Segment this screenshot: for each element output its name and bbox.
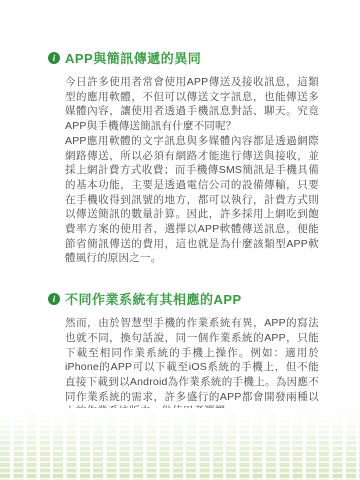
section-heading: i 不同作業系統有其相應的APP <box>48 289 320 308</box>
body-paragraph: APP應用軟體的文字訊息與多媒體內容都是透過網際網路傳送，所以必須有網路才能進行… <box>65 134 319 266</box>
page-content: i APP與簡訊傳遞的異同 今日許多使用者常會使用APP傳送及接收訊息，這類型的… <box>48 48 320 419</box>
section-body: 今日許多使用者常會使用APP傳送及接收訊息，這類型的應用軟體，不但可以傳送文字訊… <box>65 75 319 266</box>
book-page: i APP與簡訊傳遞的異同 今日許多使用者常會使用APP傳送及接收訊息，這類型的… <box>0 0 360 480</box>
section-bullet-icon: i <box>48 293 60 305</box>
section-heading: i APP與簡訊傳遞的異同 <box>48 48 320 67</box>
section-app-vs-sms: i APP與簡訊傳遞的異同 今日許多使用者常會使用APP傳送及接收訊息，這類型的… <box>48 48 320 266</box>
section-title: APP與簡訊傳遞的異同 <box>65 48 201 67</box>
section-body: 然而，由於智慧型手機的作業系統有異，APP的寫法也就不同，換句話說，同一個作業系… <box>65 316 319 419</box>
section-os-specific-apps: i 不同作業系統有其相應的APP 然而，由於智慧型手機的作業系統有異，APP的寫… <box>48 289 320 419</box>
body-paragraph: 然而，由於智慧型手機的作業系統有異，APP的寫法也就不同，換句話說，同一個作業系… <box>65 316 319 419</box>
body-paragraph: 今日許多使用者常會使用APP傳送及接收訊息，這類型的應用軟體，不但可以傳送文字訊… <box>65 75 319 134</box>
section-bullet-icon: i <box>48 52 60 64</box>
section-title: 不同作業系統有其相應的APP <box>65 289 242 308</box>
